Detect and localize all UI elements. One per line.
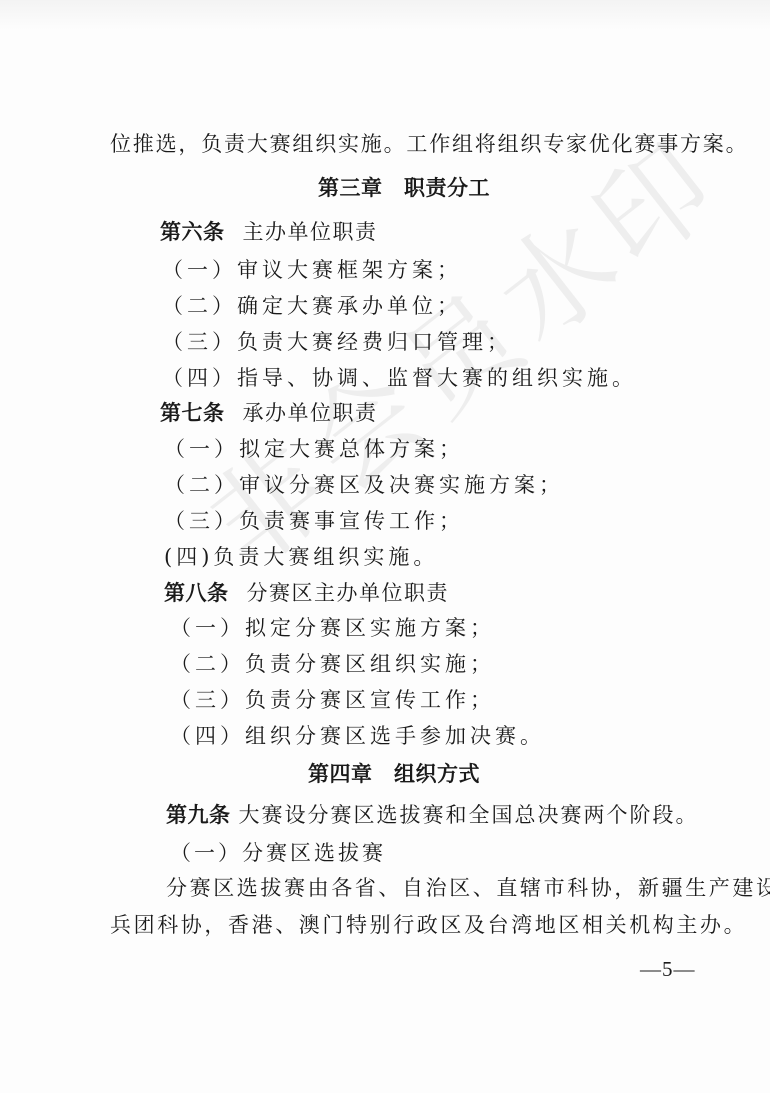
article-8-label: 第八条 [164,581,229,605]
article-9-label: 第九条 [166,803,231,827]
article-7-item-1: （一）拟定大赛总体方案； [164,436,464,462]
article-6-heading: 主办单位职责 [243,220,378,244]
article-8-item-3: （三）负责分赛区宣传工作； [170,687,495,713]
chapter-3-title: 第三章 职责分工 [318,175,490,201]
article-7-item-3: （三）负责赛事宣传工作； [164,508,464,534]
document-page: 非会员水印 位推选，负责大赛组织实施。工作组将组织专家优化赛事方案。 第三章 职… [0,0,770,1093]
subsection-1-title: （一）分赛区选拔赛 [170,840,386,866]
chapter-4-title: 第四章 组织方式 [308,761,480,787]
article-7-label: 第七条 [160,401,225,425]
article-8-item-1: （一）拟定分赛区实施方案； [170,615,495,641]
article-6-item-2: （二）确定大赛承办单位； [162,293,462,319]
article-6-item-4: （四）指导、协调、监督大赛的组织实施。 [162,365,637,391]
article-6-item-3: （三）负责大赛经费归口管理； [162,329,512,355]
article-6-item-1: （一）审议大赛框架方案； [162,257,462,283]
article-6-title: 第六条主办单位职责 [160,219,378,245]
scan-shadow [0,0,770,30]
article-6-label: 第六条 [160,220,225,244]
article-9-text: 大赛设分赛区选拔赛和全国总决赛两个阶段。 [239,803,699,827]
article-8-heading: 分赛区主办单位职责 [247,581,450,605]
article-7-item-2: （二）审议分赛区及决赛实施方案； [164,472,564,498]
article-8-item-4: （四）组织分赛区选手参加决赛。 [170,723,545,749]
article-7-heading: 承办单位职责 [243,401,378,425]
continuation-text: 位推选，负责大赛组织实施。工作组将组织专家优化赛事方案。 [110,131,748,157]
article-7-title: 第七条承办单位职责 [160,400,378,426]
article-7-item-4: (四)负责大赛组织实施。 [164,544,438,570]
article-9: 第九条大赛设分赛区选拔赛和全国总决赛两个阶段。 [166,802,699,828]
article-8-title: 第八条分赛区主办单位职责 [164,580,449,606]
subsection-1-paragraph-line-2: 兵团科协，香港、澳门特别行政区及台湾地区相关机构主办。 [110,912,747,938]
article-8-item-2: （二）负责分赛区组织实施； [170,651,495,677]
subsection-1-paragraph-line-1: 分赛区选拔赛由各省、自治区、直辖市科协，新疆生产建设 [166,875,770,901]
page-number: —5— [640,957,696,982]
